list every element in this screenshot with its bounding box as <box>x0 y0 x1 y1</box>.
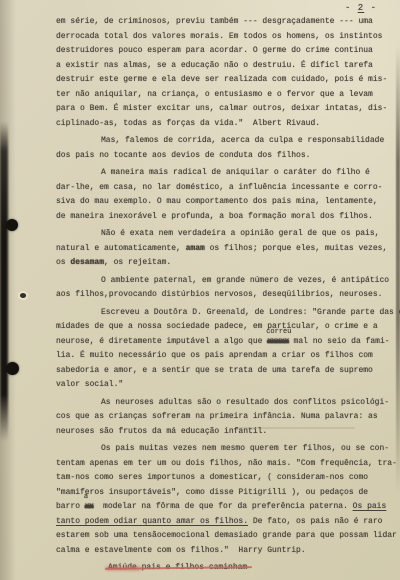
text-segment: De fato, os pais não é raro <box>248 517 382 526</box>
text-line: calma e estavelmente com os filhos." Har… <box>56 544 400 559</box>
text-line: tentam apenas em ter um ou dois filhos, … <box>56 457 400 472</box>
text-line: sabedoria e amor, e a sentir que se trat… <box>56 364 400 379</box>
text-line: Amiúde pais e filhos caminham <box>56 561 400 576</box>
text-segment: os <box>56 258 70 267</box>
text-line: tanto podem odiar quanto amar os filhos.… <box>56 515 400 530</box>
text-segment: Não é exata nem verdadeira a opinião ger… <box>101 229 379 238</box>
text-line: dos pais no tocante aos devios de condut… <box>56 149 400 164</box>
paragraph: Amiúde pais e filhos caminham <box>56 561 400 576</box>
paragraph: Não é exata nem verdadeira a opinião ger… <box>56 227 400 271</box>
text-segment: dos pais no tocante aos devios de condut… <box>56 151 310 160</box>
typed-correction: correu <box>266 329 291 336</box>
text-line: ter não aniquilar, na criança, o entusia… <box>56 88 400 103</box>
text-segment: os filhos; porque eles, muitas vezes, <box>205 244 387 253</box>
text-line: destruidores pouco esperam para acordar.… <box>56 44 400 59</box>
text-segment: A maneira mais radical de aniquilar o ca… <box>101 168 370 177</box>
paragraph: As neuroses adultas são o resultado dos … <box>56 396 400 440</box>
text-line: cos que as crianças sofreram na primeira… <box>56 410 400 425</box>
text-segment: dar-lhe, em casa, no lar doméstico, a in… <box>56 183 382 192</box>
text-line: tam-nos como seres importunos a domestic… <box>56 471 400 486</box>
document-body: em série, de criminosos, previu também -… <box>56 15 400 579</box>
text-segment: em série, de criminosos, previu também -… <box>56 17 373 26</box>
text-line: derrocada total dos valores morais. Em t… <box>56 30 400 45</box>
text-line: siva do mau exemplo. O mau comportamento… <box>56 195 400 210</box>
scanned-page: - 2 - em série, de criminosos, previu ta… <box>0 0 400 580</box>
text-segment: siva do mau exemplo. O mau comportamento… <box>56 197 378 206</box>
paper-speck <box>19 292 26 299</box>
text-segment: calma e estavelmente com os filhos." Har… <box>56 546 306 555</box>
text-line: As neuroses adultas são o resultado dos … <box>56 396 400 411</box>
text-line: a existir nas almas, se a educação não o… <box>56 59 400 74</box>
text-line: lia. É muito necessário que os pais apre… <box>56 349 400 364</box>
text-segment: As neuroses adultas são o resultado dos … <box>101 398 389 407</box>
text-segment: valor social." <box>56 380 123 389</box>
text-segment: "mamiferos insuportáveis", como disse Pi… <box>56 488 368 497</box>
paragraph: em série, de criminosos, previu também -… <box>56 15 400 131</box>
text-segment-underline: Os pais <box>353 502 387 511</box>
text-segment: a existir nas almas, se a educação não o… <box>56 61 373 70</box>
text-line: A maneira mais radical de aniquilar o ca… <box>56 166 400 181</box>
text-segment: mal no seio da fami- <box>289 337 390 346</box>
text-segment: Os pais muitas vezes nem mesmo querem te… <box>101 444 389 453</box>
text-segment: , os rejeitam. <box>104 258 171 267</box>
text-segment: neurose, é diretamente imputável a algo … <box>56 337 267 346</box>
text-segment: neuroses são frutos da má educação infan… <box>56 427 267 436</box>
page-number-suffix: - <box>364 3 377 13</box>
text-line: estarem sob uma tensãocemocional demasia… <box>56 529 400 544</box>
text-line: Mas, falemos de corrida, acerca da culpa… <box>56 134 400 149</box>
text-line: neuroses são frutos da má educação infan… <box>56 425 400 440</box>
text-line: ciplinado-as, todas as forças da vida." … <box>56 117 400 132</box>
text-segment-blot: xxa <box>85 502 94 511</box>
hole-punch-top <box>6 219 18 231</box>
text-line: natural e automaticamente, amam os filho… <box>56 242 400 257</box>
text-segment: tam-nos como seres importunos a domestic… <box>56 473 368 482</box>
text-segment: ciplinado-as, todas as forças da vida." … <box>56 119 320 128</box>
text-segment: derrocada total dos valores morais. Em t… <box>56 32 382 41</box>
text-line: O ambiente paternal, em grande número de… <box>56 274 400 289</box>
page-number: - 2 - <box>345 3 377 13</box>
text-segment: para o Bem. É mister excitar uns, calmar… <box>56 104 387 113</box>
text-line: midades de que a nossa sociedade padece,… <box>56 320 400 335</box>
text-segment-underline: tanto podem odiar quanto amar os filhos. <box>56 517 248 526</box>
page-number-prefix: - <box>345 3 358 13</box>
text-segment: cos que as crianças sofreram na primeira… <box>56 412 378 421</box>
text-segment: estarem sob uma tensãocemocional demasia… <box>56 531 397 540</box>
text-segment: natural e automaticamente, <box>56 244 186 253</box>
text-line: em série, de criminosos, previu também -… <box>56 15 400 30</box>
text-line: Os pais muitas vezes nem mesmo querem te… <box>56 442 400 457</box>
text-segment: destruidores pouco esperam para acordar.… <box>56 46 373 55</box>
text-segment: Escreveu a Doutôra D. Greenald, de Londr… <box>101 308 400 317</box>
text-line: para o Bem. É mister excitar uns, calmar… <box>56 102 400 117</box>
paragraph: Mas, falemos de corrida, acerca da culpa… <box>56 134 400 163</box>
text-line: neurose, é diretamente imputável a algo … <box>56 335 400 350</box>
text-segment-bold: amam <box>186 244 205 253</box>
text-line: Não é exata nem verdadeira a opinião ger… <box>56 227 400 242</box>
typed-correction: a <box>84 494 88 501</box>
text-segment: barro <box>56 502 85 511</box>
text-segment: aos filhos,provocando distúrbios nervoso… <box>56 290 382 299</box>
text-segment: O ambiente paternal, em grande número de… <box>101 276 389 285</box>
text-segment: ter não aniquilar, na criança, o entusia… <box>56 90 373 99</box>
scan-edge-left <box>0 0 8 580</box>
text-segment: modelar na fôrma de que for da preferênc… <box>93 502 352 511</box>
paragraph: O ambiente paternal, em grande número de… <box>56 274 400 303</box>
text-segment: destruir este germe e ela deve ser reali… <box>56 75 387 84</box>
text-line: de maneira inexorável e profunda, a boa … <box>56 210 400 225</box>
paragraph: Os pais muitas vezes nem mesmo querem te… <box>56 442 400 558</box>
text-segment: de maneira inexorável e profunda, a boa … <box>56 212 373 221</box>
text-segment-redstrike: Amiúde pais e filhos caminham <box>108 563 247 572</box>
text-line: destruir este germe e ela deve ser reali… <box>56 73 400 88</box>
paragraph: Escreveu a Doutôra D. Greenald, de Londr… <box>56 306 400 393</box>
text-segment: lia. É muito necessário que os pais apre… <box>56 351 373 360</box>
text-line: barro xxa modelar na fôrma de que for da… <box>56 500 400 515</box>
text-segment: sabedoria e amor, e a sentir que se trat… <box>56 366 373 375</box>
text-segment-blot: xxxxxcorreu <box>267 337 289 346</box>
paragraph: A maneira mais radical de aniquilar o ca… <box>56 166 400 224</box>
text-segment-bold: desamam <box>70 258 104 267</box>
text-line: os desamam, os rejeitam. <box>56 256 400 271</box>
text-segment: tentam apenas em ter um ou dois filhos, … <box>56 459 397 468</box>
text-line: valor social." <box>56 378 400 393</box>
text-line: "mamiferos insuportáveis", como disse Pi… <box>56 486 400 501</box>
text-segment: Mas, falemos de corrida, acerca da culpa… <box>101 136 384 145</box>
text-line: dar-lhe, em casa, no lar doméstico, a in… <box>56 181 400 196</box>
text-line: aos filhos,provocando distúrbios nervoso… <box>56 288 400 303</box>
text-line: Escreveu a Doutôra D. Greenald, de Londr… <box>56 306 400 321</box>
hole-punch-bottom <box>6 362 19 375</box>
text-segment: midades de que a nossa sociedade padece,… <box>56 322 378 331</box>
